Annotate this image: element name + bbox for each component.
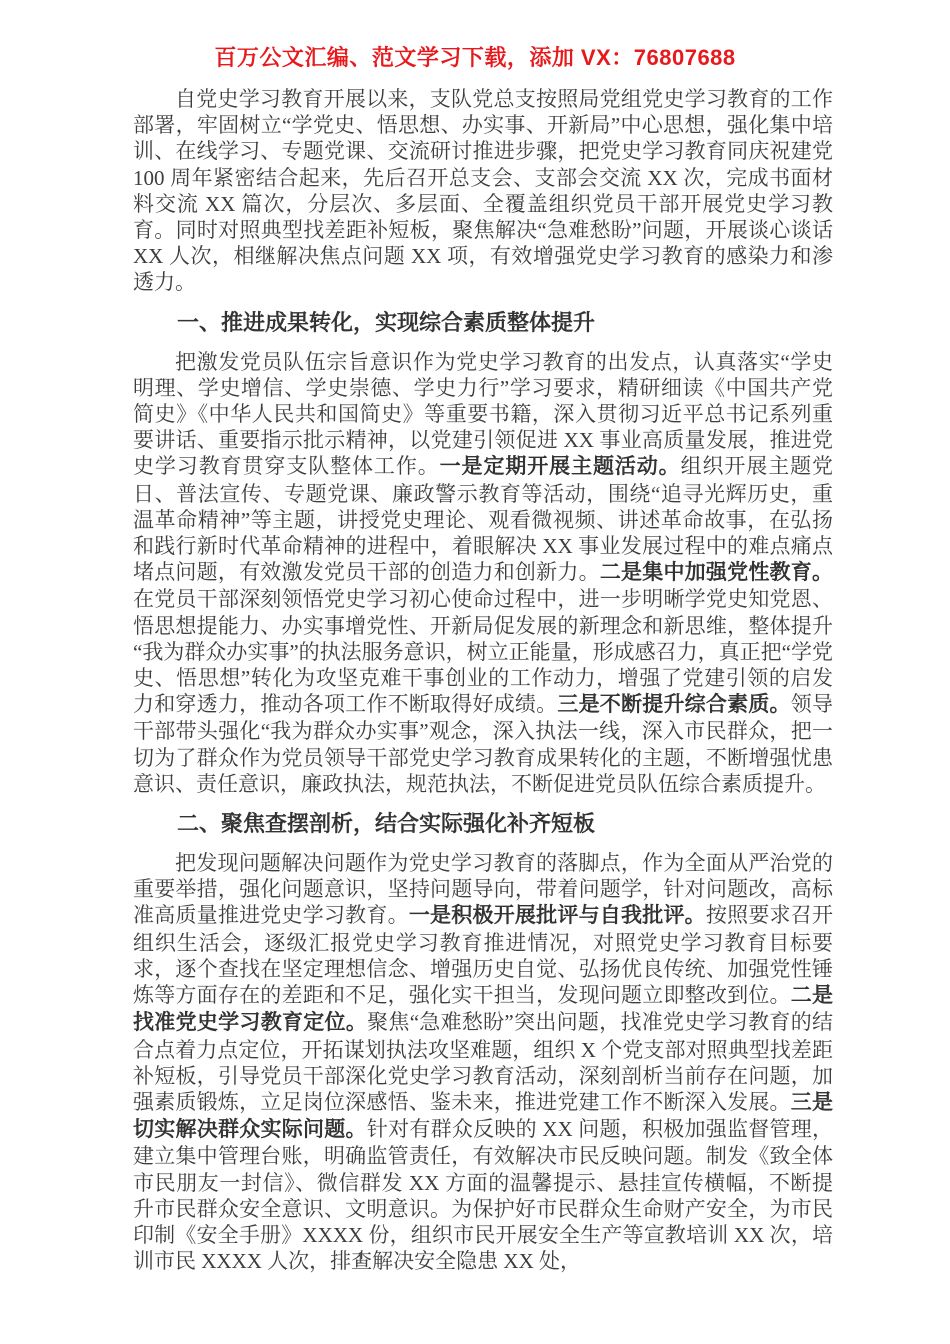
document-page: 百万公文汇编、范文学习下载，添加 VX：76807688 自党史学习教育开展以来… [0,0,950,1344]
section-heading: 一、推进成果转化，实现综合素质整体提升 [133,309,833,336]
body-paragraph: 自党史学习教育开展以来，支队党总支按照局党组党史学习教育的工作部署，牢固树立“学… [133,86,833,296]
page-footer: 1 [356,1248,365,1268]
ad-banner-text: 百万公文汇编、范文学习下载，添加 VX：76807688 [0,44,950,72]
page-number: 1 [356,1248,365,1267]
body-paragraph: 把发现问题解决问题作为党史学习教育的落脚点，作为全面从严治党的重要举措，强化问题… [133,850,833,1274]
bold-emphasis-run: 三是不断提升综合素质。 [557,693,790,716]
bold-emphasis-run: 二是集中加强党性教育。 [600,561,833,584]
bold-emphasis-run: 一是积极开展批评与自我批评。 [409,904,706,927]
text-run: 自党史学习教育开展以来，支队党总支按照局党组党史学习教育的工作部署，牢固树立“学… [133,87,833,294]
body-paragraph: 把激发党员队伍宗旨意识作为党史学习教育的出发点，认真落实“学史明理、学史增信、学… [133,349,833,797]
section-heading: 二、聚焦查摆剖析，结合实际强化补齐短板 [133,810,833,837]
document-body: 自党史学习教育开展以来，支队党总支按照局党组党史学习教育的工作部署，牢固树立“学… [133,86,833,1274]
bold-emphasis-run: 一是定期开展主题活动。 [440,455,681,478]
